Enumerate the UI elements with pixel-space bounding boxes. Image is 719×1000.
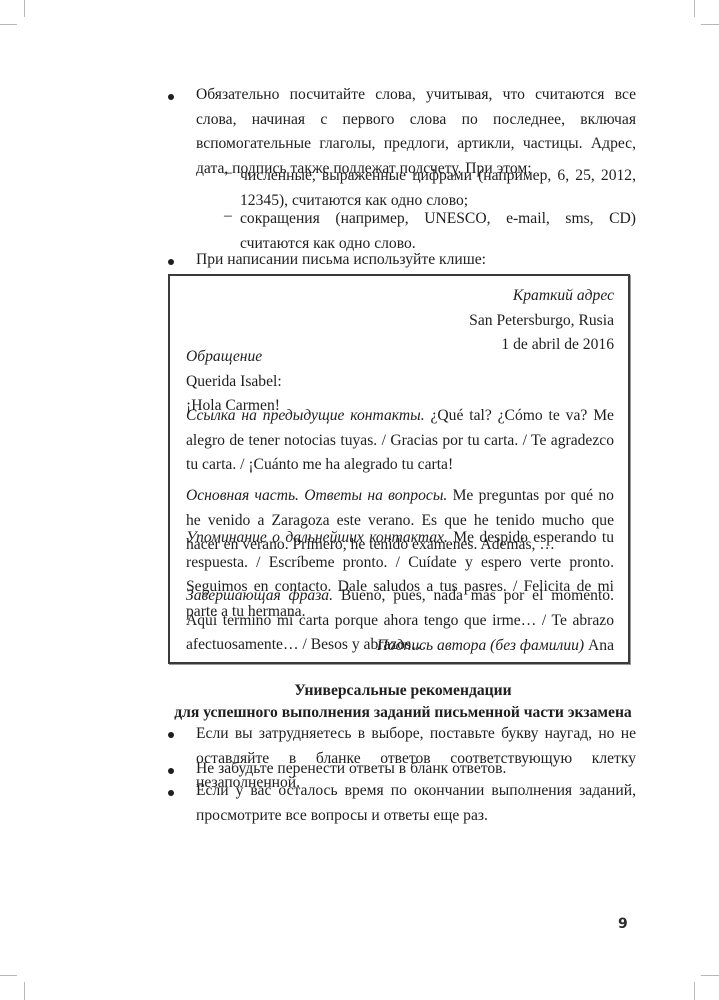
crop-mark [24, 982, 25, 1000]
signature-label: Подпись автора (без фамилии) [377, 637, 584, 654]
page-number: 9 [618, 916, 628, 932]
recommendation-item: Не забудьте перенести ответы в бланк отв… [196, 757, 636, 782]
letter-signature: Подпись автора (без фамилии) Ana [186, 634, 614, 659]
crop-mark [24, 0, 25, 17]
letter-template-box: Краткий адрес San Petersburgo, Rusia 1 d… [168, 274, 630, 664]
dash-icon: – [224, 164, 232, 182]
closing-label: Завершающая фраза. [186, 587, 333, 604]
future-contacts-label: Упоминание о дальнейших контактах. [186, 529, 448, 546]
crop-mark [701, 24, 719, 25]
letter-previous-contacts: Ссылка на предыдущие контакты. ¿Qué tal?… [186, 404, 614, 478]
bullet-icon [168, 790, 176, 798]
bullet-icon [168, 94, 176, 102]
main-part-label: Основная часть. Ответы на вопросы. [186, 487, 447, 504]
crop-mark [694, 982, 695, 1000]
previous-contacts-label: Ссылка на предыдущие контакты. [186, 407, 425, 424]
signature-name: Ana [588, 637, 614, 654]
bullet-icon [168, 768, 176, 776]
greeting-option-1: Querida Isabel: [186, 370, 614, 395]
recommendation-item: Если у вас осталось время по окончании в… [196, 779, 636, 828]
dash-icon: – [224, 207, 232, 225]
bullet-icon [168, 732, 176, 740]
instruction-numbers: численные, выраженные цифрами (например,… [240, 164, 636, 213]
instruction-cliches: При написании письма используйте клише: [196, 248, 636, 273]
bullet-icon [168, 259, 176, 267]
crop-mark [694, 0, 695, 17]
document-page: Обязательно посчитайте слова, учитывая, … [0, 0, 719, 1000]
crop-mark [0, 975, 17, 976]
address-label: Краткий адрес [186, 284, 614, 309]
crop-mark [0, 24, 17, 25]
greeting-label: Обращение [186, 345, 614, 370]
crop-mark [701, 975, 719, 976]
recommendations-heading-line-1: Универсальные рекомендации [168, 679, 638, 704]
address-city: San Petersburgo, Rusia [186, 309, 614, 334]
